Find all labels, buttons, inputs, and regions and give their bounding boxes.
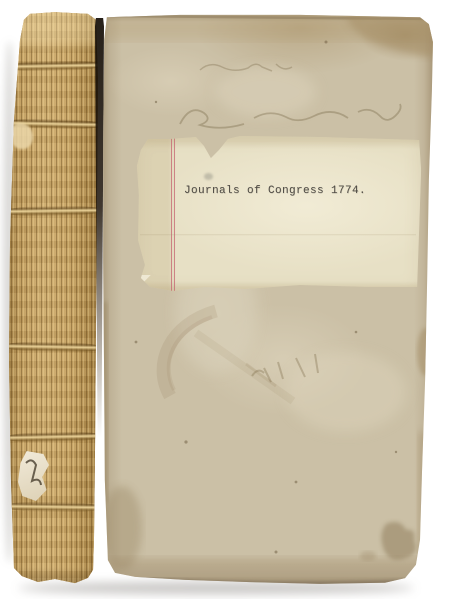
sewing-cord-band [4, 60, 102, 72]
fragment-ink-marks [18, 451, 49, 501]
stain-speckles [135, 41, 408, 554]
stain-right-edge [417, 328, 435, 376]
stain-bottom-band [106, 558, 424, 584]
front-cover: Journals of Congress 1774. [96, 12, 436, 592]
sewing-cord-band [4, 341, 102, 353]
sewing-cord-band [4, 205, 102, 216]
title-label: Journals of Congress 1774. [134, 135, 422, 293]
photo-background: Journals of Congress 1774. [0, 0, 460, 599]
label-crease [140, 234, 416, 236]
paper-fragment [18, 451, 49, 501]
cast-shadow-bottom [18, 582, 414, 594]
ledger-margin-line [171, 135, 175, 293]
spine-joint-gap [95, 18, 104, 438]
stain-blob-bottom-right [381, 522, 415, 560]
label-smudge [204, 173, 213, 180]
book-spine [6, 11, 100, 593]
cover-stains-and-inscriptions [96, 12, 436, 592]
sewing-cord-band [4, 501, 102, 512]
label-title-text: Journals of Congress 1774. [184, 185, 366, 197]
worn-patch [11, 123, 33, 149]
sewing-cord-band [4, 431, 102, 443]
stain-right-lower [418, 432, 432, 572]
